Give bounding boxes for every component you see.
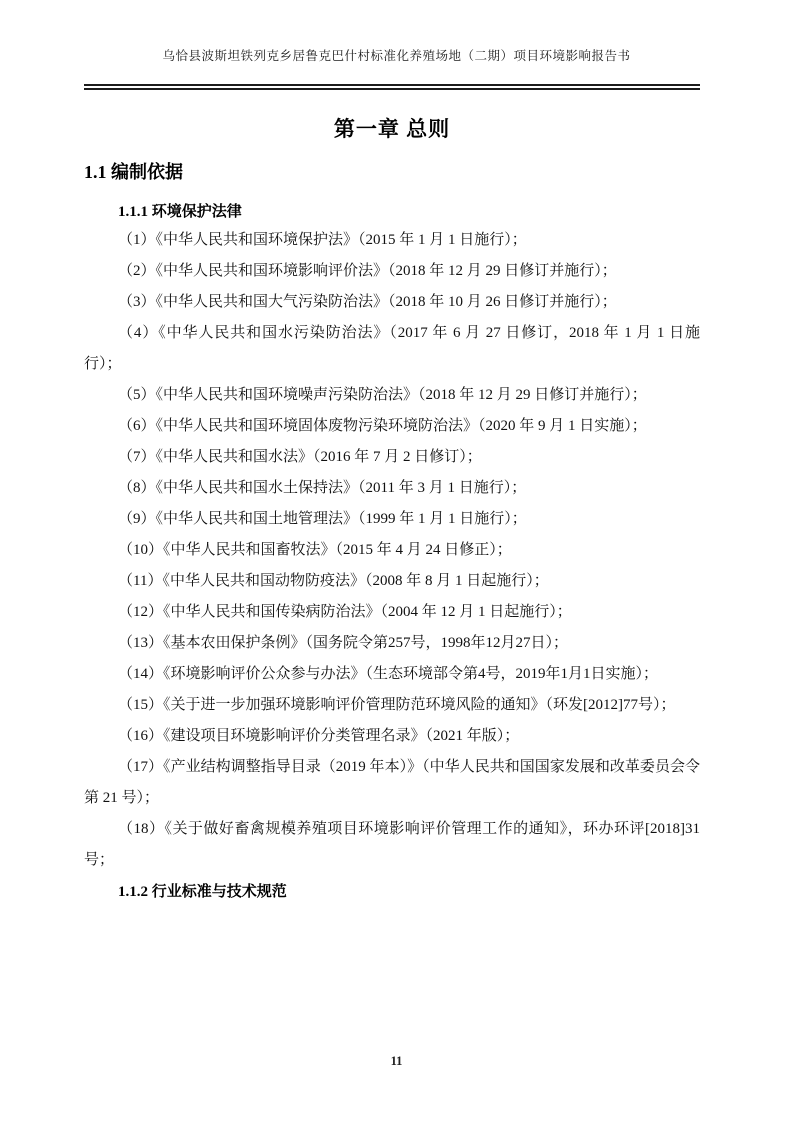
legal-item-paragraph: （9）《中华人民共和国土地管理法》（1999 年 1 月 1 日施行）； [84,504,700,535]
legal-item-paragraph: （18）《关于做好畜禽规模养殖项目环境影响评价管理工作的通知》，环办环评[201… [84,814,700,876]
legal-items-list: （1）《中华人民共和国环境保护法》（2015 年 1 月 1 日施行）；（2）《… [84,225,700,876]
chapter-title: 第一章 总则 [84,114,700,144]
legal-item-paragraph: （1）《中华人民共和国环境保护法》（2015 年 1 月 1 日施行）； [84,225,700,256]
legal-item-paragraph: （15）《关于进一步加强环境影响评价管理防范环境风险的通知》（环发[2012]7… [84,690,700,721]
legal-item-paragraph: （12）《中华人民共和国传染病防治法》（2004 年 12 月 1 日起施行）； [84,597,700,628]
section-heading-1-1: 1.1 编制依据 [84,160,700,184]
header-double-rule [84,84,700,90]
page-header-title: 乌恰县波斯坦铁列克乡居鲁克巴什村标准化养殖场地（二期）项目环境影响报告书 [0,0,793,64]
subsection-heading-1-1-1: 1.1.1 环境保护法律 [84,202,700,223]
document-page: 乌恰县波斯坦铁列克乡居鲁克巴什村标准化养殖场地（二期）项目环境影响报告书 第一章… [0,0,793,1122]
legal-item-paragraph: （4）《中华人民共和国水污染防治法》（2017 年 6 月 27 日修订，201… [84,318,700,380]
document-body: 第一章 总则 1.1 编制依据 1.1.1 环境保护法律 （1）《中华人民共和国… [84,114,700,903]
legal-item-paragraph: （5）《中华人民共和国环境噪声污染防治法》（2018 年 12 月 29 日修订… [84,380,700,411]
legal-item-paragraph: （14）《环境影响评价公众参与办法》（生态环境部令第4号，2019年1月1日实施… [84,659,700,690]
page-number: 11 [0,1054,793,1069]
legal-item-paragraph: （10）《中华人民共和国畜牧法》（2015 年 4 月 24 日修正）； [84,535,700,566]
legal-item-paragraph: （2）《中华人民共和国环境影响评价法》（2018 年 12 月 29 日修订并施… [84,256,700,287]
legal-item-paragraph: （8）《中华人民共和国水土保持法》（2011 年 3 月 1 日施行）； [84,473,700,504]
legal-item-paragraph: （7）《中华人民共和国水法》（2016 年 7 月 2 日修订）； [84,442,700,473]
legal-item-paragraph: （13）《基本农田保护条例》（国务院令第257号，1998年12月27日）； [84,628,700,659]
legal-item-paragraph: （3）《中华人民共和国大气污染防治法》（2018 年 10 月 26 日修订并施… [84,287,700,318]
legal-item-paragraph: （16）《建设项目环境影响评价分类管理名录》（2021 年版）； [84,721,700,752]
subsection-heading-1-1-2: 1.1.2 行业标准与技术规范 [84,882,700,903]
legal-item-paragraph: （17）《产业结构调整指导目录（2019 年本）》（中华人民共和国国家发展和改革… [84,752,700,814]
legal-item-paragraph: （11）《中华人民共和国动物防疫法》（2008 年 8 月 1 日起施行）； [84,566,700,597]
legal-item-paragraph: （6）《中华人民共和国环境固体废物污染环境防治法》（2020 年 9 月 1 日… [84,411,700,442]
